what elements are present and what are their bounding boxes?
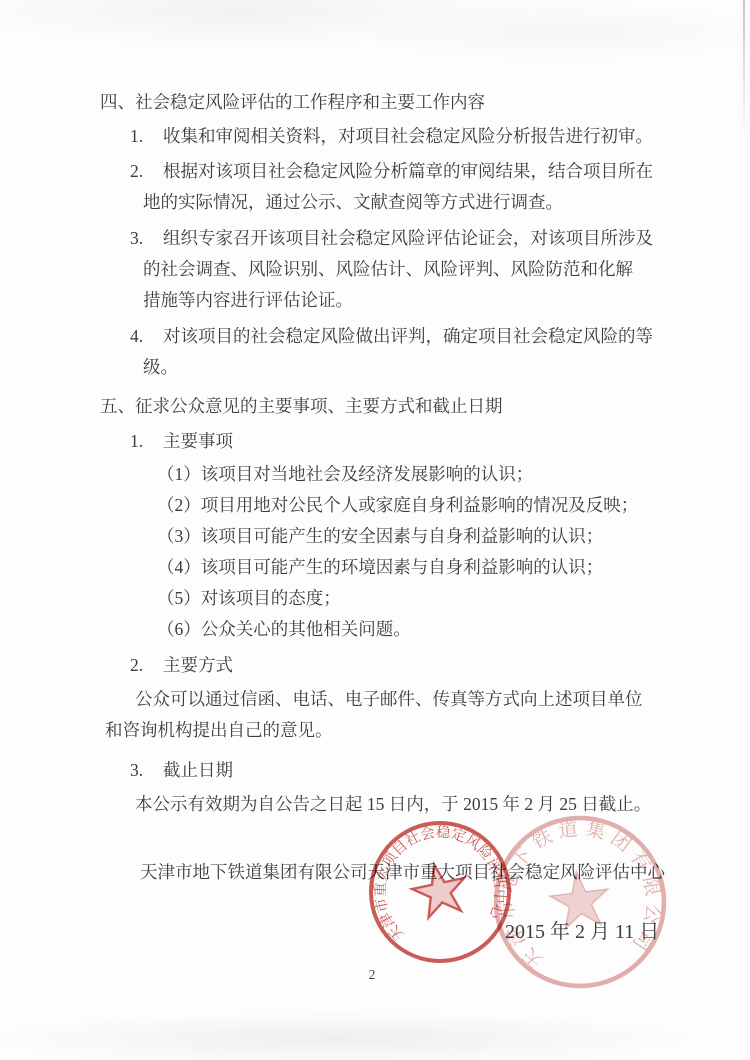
official-seal-metro-group: 天津市地下铁道集团有限公司 [481, 803, 679, 1001]
signature-date: 2015 年 2 月 11 日 [505, 918, 659, 946]
list-item-number: 2. [130, 156, 163, 187]
section-heading: 五、征求公众意见的主要事项、主要方式和截止日期 [100, 391, 660, 422]
scan-edge-artifact [743, 0, 745, 140]
list-item-number: 1. [130, 426, 163, 457]
seal-ring [486, 808, 673, 995]
official-seal-assessment-center: 天津市重大项目社会稳定风险评估中心 [351, 803, 529, 981]
paragraph-line: 和咨询机构提出自己的意见。 [105, 715, 660, 746]
seal-rim-text: 天津市地下铁道集团有限公司 [486, 809, 671, 976]
page-number: 2 [360, 967, 384, 983]
svg-text:天津市地下铁道集团有限公司: 天津市地下铁道集团有限公司 [486, 809, 671, 976]
list-item-line: 级。 [143, 352, 660, 383]
document-body: 四、社会稳定风险评估的工作程序和主要工作内容 1.收集和审阅相关资料，对项目社会… [100, 87, 660, 820]
list-item-number: 4. [130, 321, 163, 352]
paragraph-line: 公众可以通过信函、电话、电子邮件、传真等方式向上述项目单位 [135, 684, 660, 715]
sub-section-title: 3.截止日期 [130, 755, 660, 786]
sub-point: （6）公众关心的其他相关问题。 [157, 614, 660, 645]
sub-section-title: 1.主要事项 [130, 426, 660, 457]
list-item-line: 的社会调查、风险识别、风险估计、风险评判、风险防范和化解 [143, 254, 660, 285]
list-item-number: 3. [130, 223, 163, 254]
list-item: 2.根据对该项目社会稳定风险分析篇章的审阅结果，结合项目所在 [130, 156, 660, 187]
list-item: 1.收集和审阅相关资料，对项目社会稳定风险分析报告进行初审。 [130, 121, 660, 152]
list-item-line: 地的实际情况，通过公示、文献查阅等方式进行调查。 [143, 187, 660, 218]
sub-section-title-text: 截止日期 [163, 760, 233, 780]
list-item-line: 措施等内容进行评估论证。 [143, 285, 660, 316]
sub-point: （3）该项目可能产生的安全因素与自身利益影响的认识； [157, 521, 660, 552]
signature-organizations: 天津市地下铁道集团有限公司天津市重大项目社会稳定风险评估中心 [140, 857, 665, 888]
seal-ring [358, 810, 522, 974]
sub-point: （5）对该项目的态度； [157, 583, 660, 614]
sub-point: （4）该项目可能产生的环境因素与自身利益影响的认识； [157, 552, 660, 583]
list-item-line: 对该项目的社会稳定风险做出评判，确定项目社会稳定风险的等 [163, 326, 653, 346]
paragraph-line: 本公示有效期为自公告之日起 15 日内，于 2015 年 2 月 25 日截止。 [135, 789, 660, 820]
sub-section-title-text: 主要事项 [163, 431, 233, 451]
document-page: 四、社会稳定风险评估的工作程序和主要工作内容 1.收集和审阅相关资料，对项目社会… [0, 0, 750, 1060]
list-item-number: 2. [130, 650, 163, 681]
sub-point: （1）该项目对当地社会及经济发展影响的认识； [157, 459, 660, 490]
list-item-line: 组织专家召开该项目社会稳定风险评估论证会，对该项目所涉及 [163, 228, 653, 248]
list-item: 3.组织专家召开该项目社会稳定风险评估论证会，对该项目所涉及 [130, 223, 660, 254]
section-heading: 四、社会稳定风险评估的工作程序和主要工作内容 [100, 87, 660, 118]
sub-point: （2）项目用地对公民个人或家庭自身利益影响的情况及反映； [157, 490, 660, 521]
list-item-number: 1. [130, 121, 163, 152]
list-item-line: 根据对该项目社会稳定风险分析篇章的审阅结果，结合项目所在 [163, 161, 653, 181]
list-item-number: 3. [130, 755, 163, 786]
list-item-line: 收集和审阅相关资料，对项目社会稳定风险分析报告进行初审。 [163, 126, 653, 146]
sub-section-title: 2.主要方式 [130, 650, 660, 681]
list-item: 4.对该项目的社会稳定风险做出评判，确定项目社会稳定风险的等 [130, 321, 660, 352]
sub-section-title-text: 主要方式 [163, 655, 233, 675]
